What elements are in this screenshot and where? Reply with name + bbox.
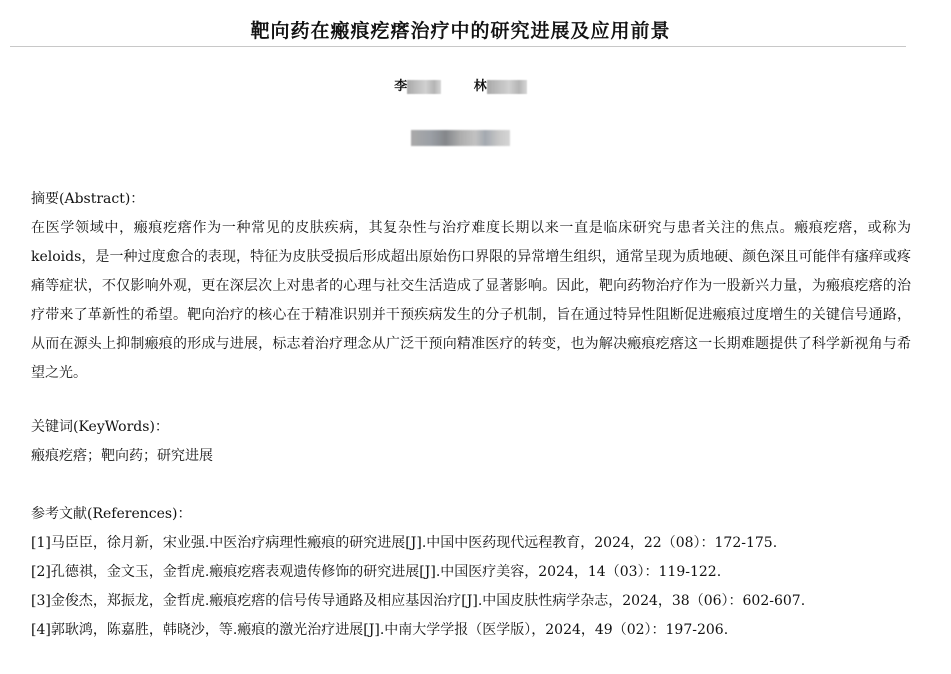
reference-item-4: [4]郭耿鸿，陈嘉胜，韩晓沙，等.瘢痕的激光治疗进展[J].中南大学学报（医学版… — [31, 616, 911, 645]
keywords-section: 关键词(KeyWords)： 瘢痕疙瘩；靶向药；研究进展 — [31, 413, 911, 471]
author-1-name: 李 — [394, 79, 407, 94]
author-1: 李 — [394, 75, 441, 94]
author-1-redacted-blur — [407, 80, 441, 94]
reference-item-1: [1]马臣臣，徐月新，宋业强.中医治疗病理性瘢痕的研究进展[J].中国中医药现代… — [31, 529, 911, 558]
author-2: 林 — [474, 75, 527, 94]
author-2-name: 林 — [474, 79, 487, 94]
references-section: 参考文献(References)： [1]马臣臣，徐月新，宋业强.中医治疗病理性… — [31, 500, 911, 645]
author-2-redacted-blur — [487, 80, 527, 94]
reference-item-3: [3]金俊杰，郑振龙，金哲虎.瘢痕疙瘩的信号传导通路及相应基因治疗[J].中国皮… — [31, 587, 911, 616]
abstract-section: 摘要(Abstract)： 在医学领域中，瘢痕疙瘩作为一种常见的皮肤疾病，其复杂… — [31, 185, 911, 388]
title-divider — [10, 46, 906, 47]
abstract-text: 在医学领域中，瘢痕疙瘩作为一种常见的皮肤疾病，其复杂性与治疗难度长期以来一直是临… — [31, 214, 911, 388]
reference-item-2: [2]孔德祺，金文玉，金哲虎.瘢痕疙瘩表观遗传修饰的研究进展[J].中国医疗美容… — [31, 558, 911, 587]
author-list: 李 林 — [0, 75, 921, 94]
keywords-text: 瘢痕疙瘩；靶向药；研究进展 — [31, 442, 911, 471]
affiliation-redacted-blur — [411, 130, 510, 146]
references-heading: 参考文献(References)： — [31, 500, 911, 529]
keywords-heading: 关键词(KeyWords)： — [31, 413, 911, 442]
paper-title: 靶向药在瘢痕疙瘩治疗中的研究进展及应用前景 — [0, 16, 921, 43]
abstract-heading: 摘要(Abstract)： — [31, 185, 911, 214]
